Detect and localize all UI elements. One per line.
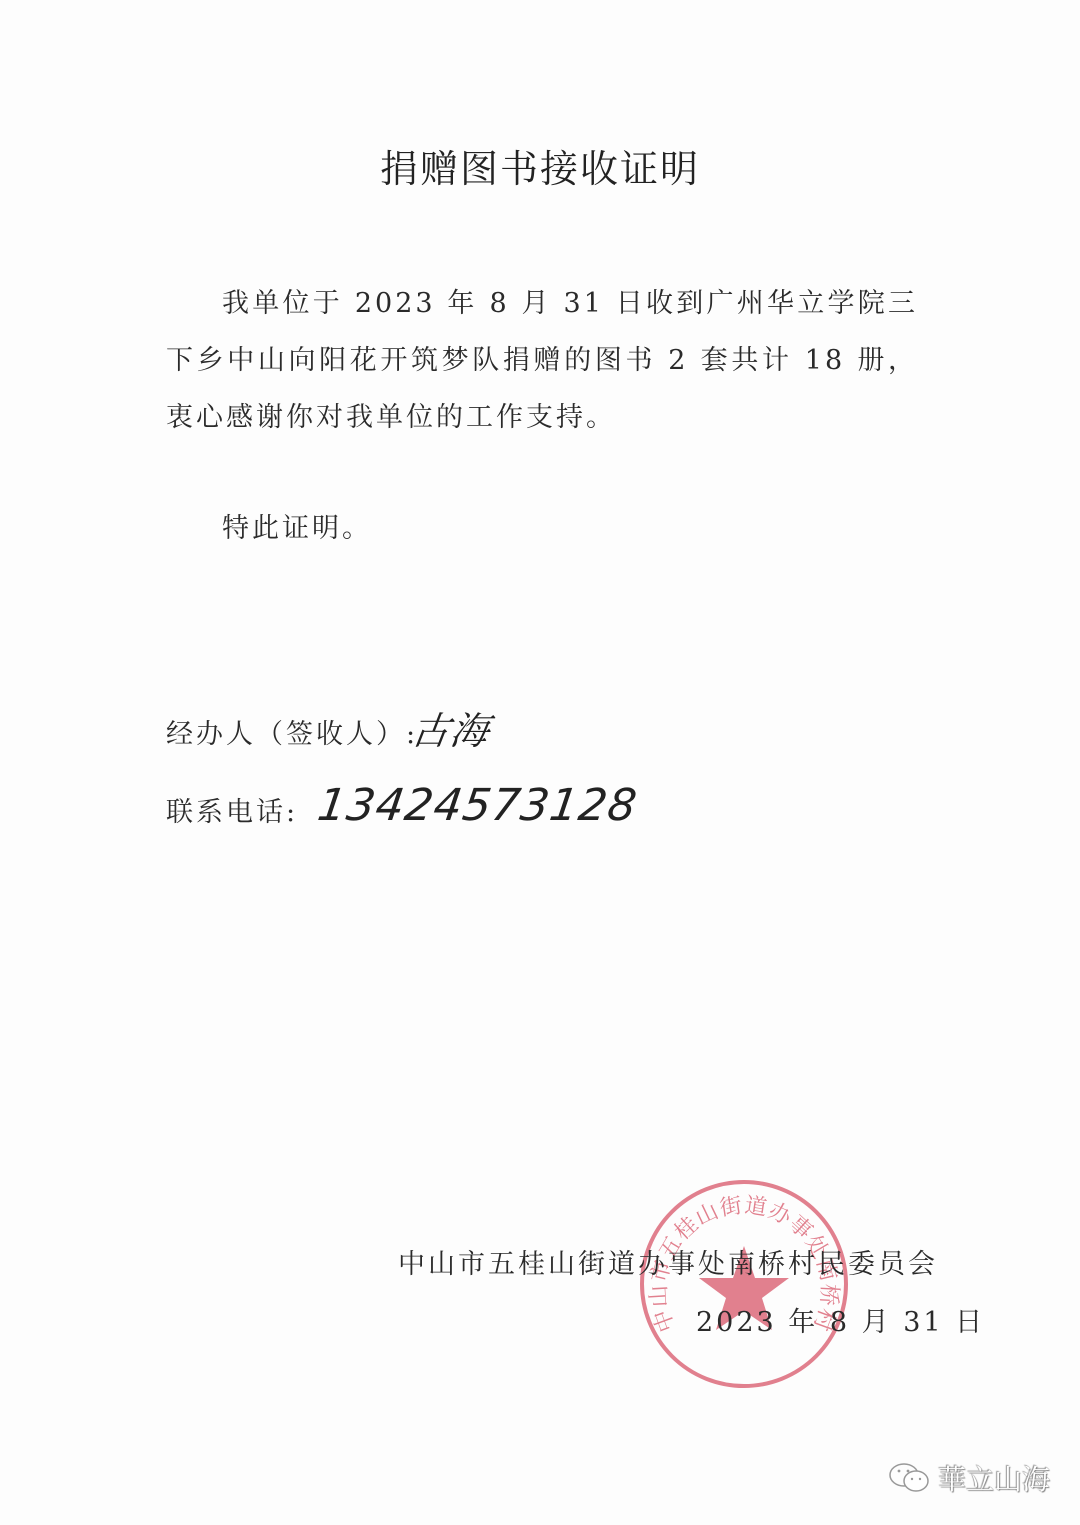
watermark-label: 華立山海 bbox=[938, 1458, 1050, 1498]
phone-handwritten-value: 13424573128 bbox=[314, 780, 640, 831]
body-paragraph-1: 我单位于 2023 年 8 月 31 日收到广州华立学院三下乡中山向阳花开筑梦队… bbox=[166, 275, 918, 446]
document-title: 捐赠图书接收证明 bbox=[0, 138, 1080, 193]
document-date: 2023 年 8 月 31 日 bbox=[696, 1300, 985, 1339]
phone-label: 联系电话: bbox=[166, 790, 298, 829]
handler-signature: 古海 bbox=[408, 700, 494, 755]
official-stamp: 中山市五桂山街道办事处南桥村民委员会 bbox=[640, 1180, 848, 1388]
organization-name: 中山市五桂山街道办事处南桥村民委员会 bbox=[398, 1242, 938, 1281]
watermark: 華立山海 bbox=[888, 1458, 1050, 1498]
handler-label: 经办人（签收人）: bbox=[166, 712, 418, 751]
wechat-icon bbox=[888, 1461, 932, 1495]
body-paragraph-2: 特此证明。 bbox=[222, 500, 974, 557]
stamp-star-icon: 中山市五桂山街道办事处南桥村民委员会 bbox=[644, 1184, 844, 1384]
